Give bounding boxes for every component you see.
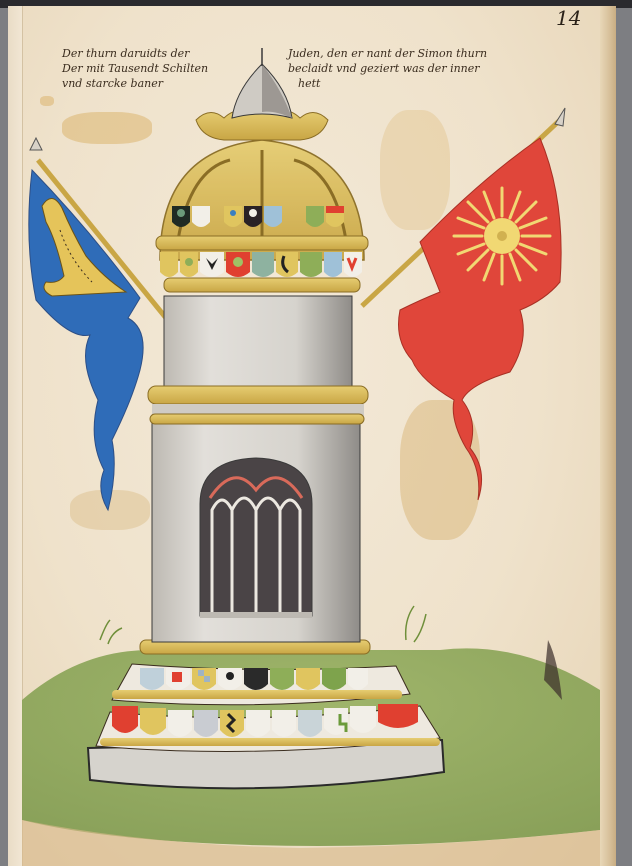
base-shields-upper: [140, 668, 368, 690]
gothic-window: [200, 458, 312, 618]
sun-charge: [454, 188, 550, 284]
dome-shields-upper: [172, 206, 344, 227]
right-banner: [362, 108, 565, 500]
tower-dome: [156, 48, 368, 292]
illustration: [0, 0, 632, 866]
left-banner: [29, 138, 166, 510]
dome-shields-lower: [160, 252, 362, 277]
